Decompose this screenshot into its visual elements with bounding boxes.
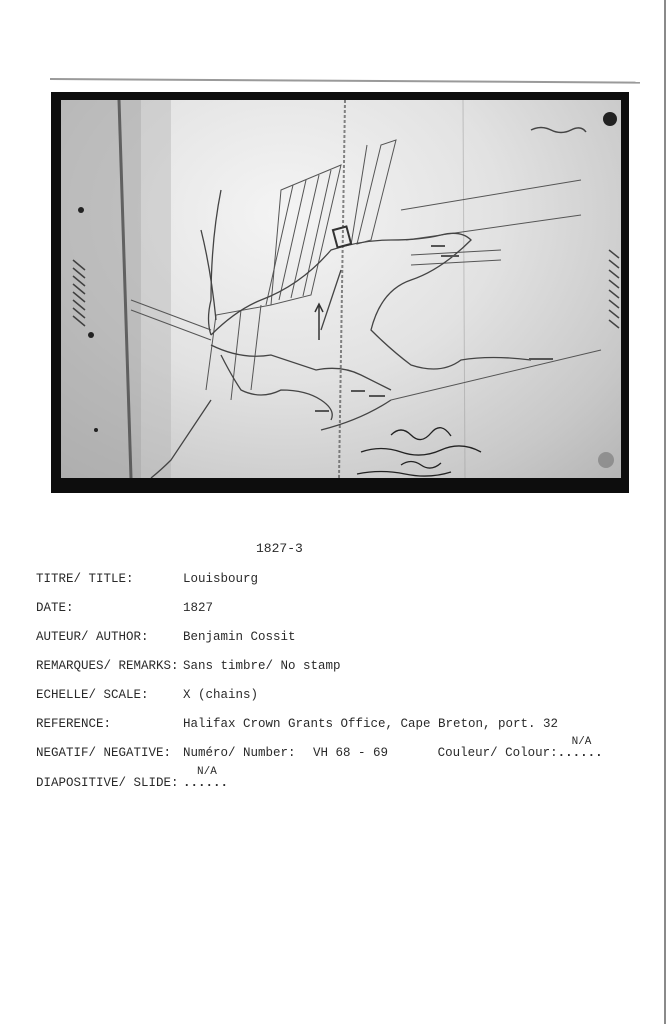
field-value-slide: N/A...... <box>183 776 228 790</box>
field-label-title: TITRE/ TITLE: <box>36 572 134 586</box>
slide-value: N/A <box>197 766 217 778</box>
negative-number-value: VH 68 - 69 <box>313 746 388 760</box>
field-label-date: DATE: <box>36 601 74 615</box>
field-value-remarks: Sans timbre/ No stamp <box>183 659 341 673</box>
field-value-title: Louisbourg <box>183 572 258 586</box>
field-value-reference: Halifax Crown Grants Office, Cape Breton… <box>183 717 558 731</box>
field-label-slide: DIAPOSITIVE/ SLIDE: <box>36 776 179 790</box>
field-label-negative: NEGATIF/ NEGATIVE: <box>36 746 171 760</box>
negative-number-label: Numéro/ Number: <box>183 746 296 760</box>
map-drawing <box>61 100 621 478</box>
field-label-remarks: REMARQUES/ REMARKS: <box>36 659 179 673</box>
field-value-negative: Numéro/ Number: VH 68 - 69 Couleur/ Colo… <box>183 746 603 760</box>
map-photograph-frame <box>51 92 629 493</box>
field-label-author: AUTEUR/ AUTHOR: <box>36 630 149 644</box>
field-value-author: Benjamin Cossit <box>183 630 296 644</box>
reference-number: 1827-3 <box>256 541 303 556</box>
colour-field: N/A...... <box>558 746 603 760</box>
field-value-scale: X (chains) <box>183 688 258 702</box>
colour-dots: ...... <box>558 746 603 760</box>
colour-value: N/A <box>572 736 592 748</box>
field-label-scale: ECHELLE/ SCALE: <box>36 688 149 702</box>
slide-dots: ...... <box>183 776 228 790</box>
field-label-reference: REFERENCE: <box>36 717 111 731</box>
map-photograph <box>61 100 621 478</box>
page-edge <box>664 0 666 1024</box>
field-value-date: 1827 <box>183 601 213 615</box>
top-rule-divider <box>50 78 640 84</box>
slide-field: N/A...... <box>183 776 228 790</box>
colour-label: Couleur/ Colour: <box>438 746 558 760</box>
